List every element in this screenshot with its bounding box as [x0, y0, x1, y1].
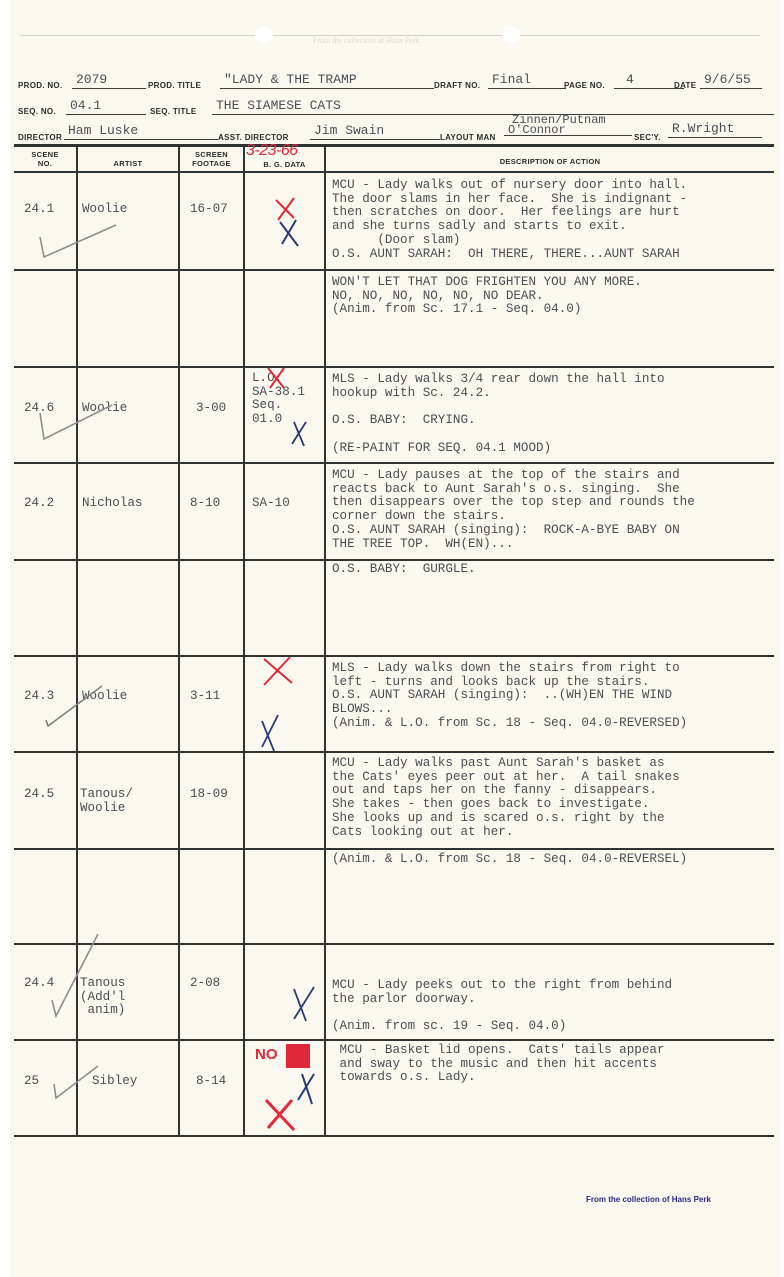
check-mark-icon	[46, 930, 106, 1020]
row-divider	[14, 751, 774, 753]
check-mark-icon	[36, 215, 126, 265]
bg-approval-marks	[290, 985, 320, 1025]
red-x-icon	[268, 368, 284, 388]
blue-x-icon	[280, 220, 298, 246]
row-divider	[14, 366, 774, 368]
screen-footage: 3-00	[196, 402, 226, 416]
screen-footage: 16-07	[190, 203, 228, 217]
row-divider	[14, 1039, 774, 1041]
seq-title-label: SEQ. TITLE	[150, 107, 197, 116]
scene-no: 25	[24, 1075, 39, 1089]
bg-data: SA-10	[252, 497, 290, 511]
punch-hole	[255, 26, 273, 44]
date-label: DATE	[674, 81, 696, 90]
description: MCU - Lady pauses at the top of the stai…	[332, 469, 695, 551]
director-label: DIRECTOR	[18, 133, 62, 142]
description: O.S. BABY: GURGLE.	[332, 563, 476, 577]
row-divider	[14, 462, 774, 464]
col-header-bg-data: B. G. DATA	[245, 160, 324, 169]
red-box-icon	[286, 1044, 310, 1068]
blue-x-icon	[294, 987, 314, 1021]
layout-man-field: Zinnen/Putnam O'Connor	[504, 115, 632, 136]
description: MLS - Lady walks 3/4 rear down the hall …	[332, 373, 665, 455]
date-field: 9/6/55	[700, 72, 762, 89]
red-x-icon	[266, 1100, 294, 1130]
col-header-scene-no: SCENE NO.	[14, 150, 76, 168]
layout-man-label: LAYOUT MAN	[440, 133, 496, 142]
prod-no-field: 2079	[72, 72, 146, 89]
draft-no-field: Final	[488, 72, 566, 89]
bg-data-date-annotation: 3-23-66	[246, 142, 298, 160]
row-divider	[14, 269, 774, 271]
seq-no-field: 04.1	[66, 98, 146, 115]
col-header-screen-footage: SCREEN FOOTAGE	[180, 150, 243, 168]
watermark-top: From the collection of Hans Perk	[313, 36, 419, 45]
screen-footage: 8-14	[196, 1075, 226, 1089]
prod-no-label: PROD. NO.	[18, 81, 62, 90]
check-mark-icon	[40, 680, 110, 730]
blue-x-icon	[298, 1074, 314, 1104]
description: MCU - Basket lid opens. Cats' tails appe…	[332, 1044, 665, 1085]
scene-no: 24.2	[24, 497, 54, 511]
description: MCU - Lady walks out of nursery door int…	[332, 179, 687, 261]
screen-footage: 3-11	[190, 690, 220, 704]
artist: Nicholas	[82, 497, 142, 511]
col-header-artist: ARTIST	[78, 159, 178, 168]
check-mark-icon	[36, 395, 126, 445]
screen-footage: 18-09	[190, 788, 228, 802]
table-bottom-rule	[14, 1135, 774, 1137]
punch-hole	[502, 26, 520, 44]
red-x-icon	[276, 198, 294, 220]
seq-title-field: THE SIAMESE CATS	[212, 98, 774, 115]
director-field: Ham Luske	[64, 123, 218, 140]
page-no-label: PAGE NO.	[564, 81, 605, 90]
description: (Anim. & L.O. from Sc. 18 - Seq. 04.0-RE…	[332, 853, 687, 867]
row-divider	[14, 559, 774, 561]
draft-no-label: DRAFT NO.	[434, 81, 480, 90]
bg-approval-marks	[256, 655, 296, 755]
col-header-description: DESCRIPTION OF ACTION	[326, 157, 774, 166]
secy-label: SEC'Y.	[634, 133, 661, 142]
check-mark-icon	[50, 1062, 110, 1102]
header-divider	[14, 171, 774, 173]
row-divider	[14, 943, 774, 945]
screen-footage: 2-08	[190, 977, 220, 991]
prod-title-label: PROD. TITLE	[148, 81, 201, 90]
artist: Tanous/ Woolie	[80, 788, 133, 815]
col-divider	[324, 146, 326, 1136]
collection-credit: From the collection of Hans Perk	[586, 1195, 711, 1204]
asst-director-label: ASST. DIRECTOR	[218, 133, 289, 142]
prod-title-field: "LADY & THE TRAMP	[220, 72, 434, 89]
bg-approval-marks	[262, 1040, 326, 1136]
description: WON'T LET THAT DOG FRIGHTEN YOU ANY MORE…	[332, 276, 642, 317]
blue-x-icon	[292, 422, 306, 446]
blue-x-icon	[262, 715, 278, 751]
col-divider	[243, 146, 245, 1136]
screen-footage: 8-10	[190, 497, 220, 511]
seq-no-label: SEQ. NO.	[18, 107, 56, 116]
red-x-icon	[264, 657, 292, 685]
secy-field: R.Wright	[668, 121, 762, 138]
bg-approval-marks	[264, 366, 324, 446]
bg-approval-marks	[272, 196, 302, 251]
table-top-rule	[14, 144, 774, 147]
scene-no: 24.5	[24, 788, 54, 802]
col-divider	[178, 146, 180, 1136]
asst-director-field: Jim Swain	[310, 123, 440, 140]
row-divider	[14, 655, 774, 657]
row-divider	[14, 848, 774, 850]
description: MCU - Lady walks past Aunt Sarah's baske…	[332, 757, 680, 839]
description: MCU - Lady peeks out to the right from b…	[332, 979, 672, 1034]
description: MLS - Lady walks down the stairs from ri…	[332, 662, 687, 731]
